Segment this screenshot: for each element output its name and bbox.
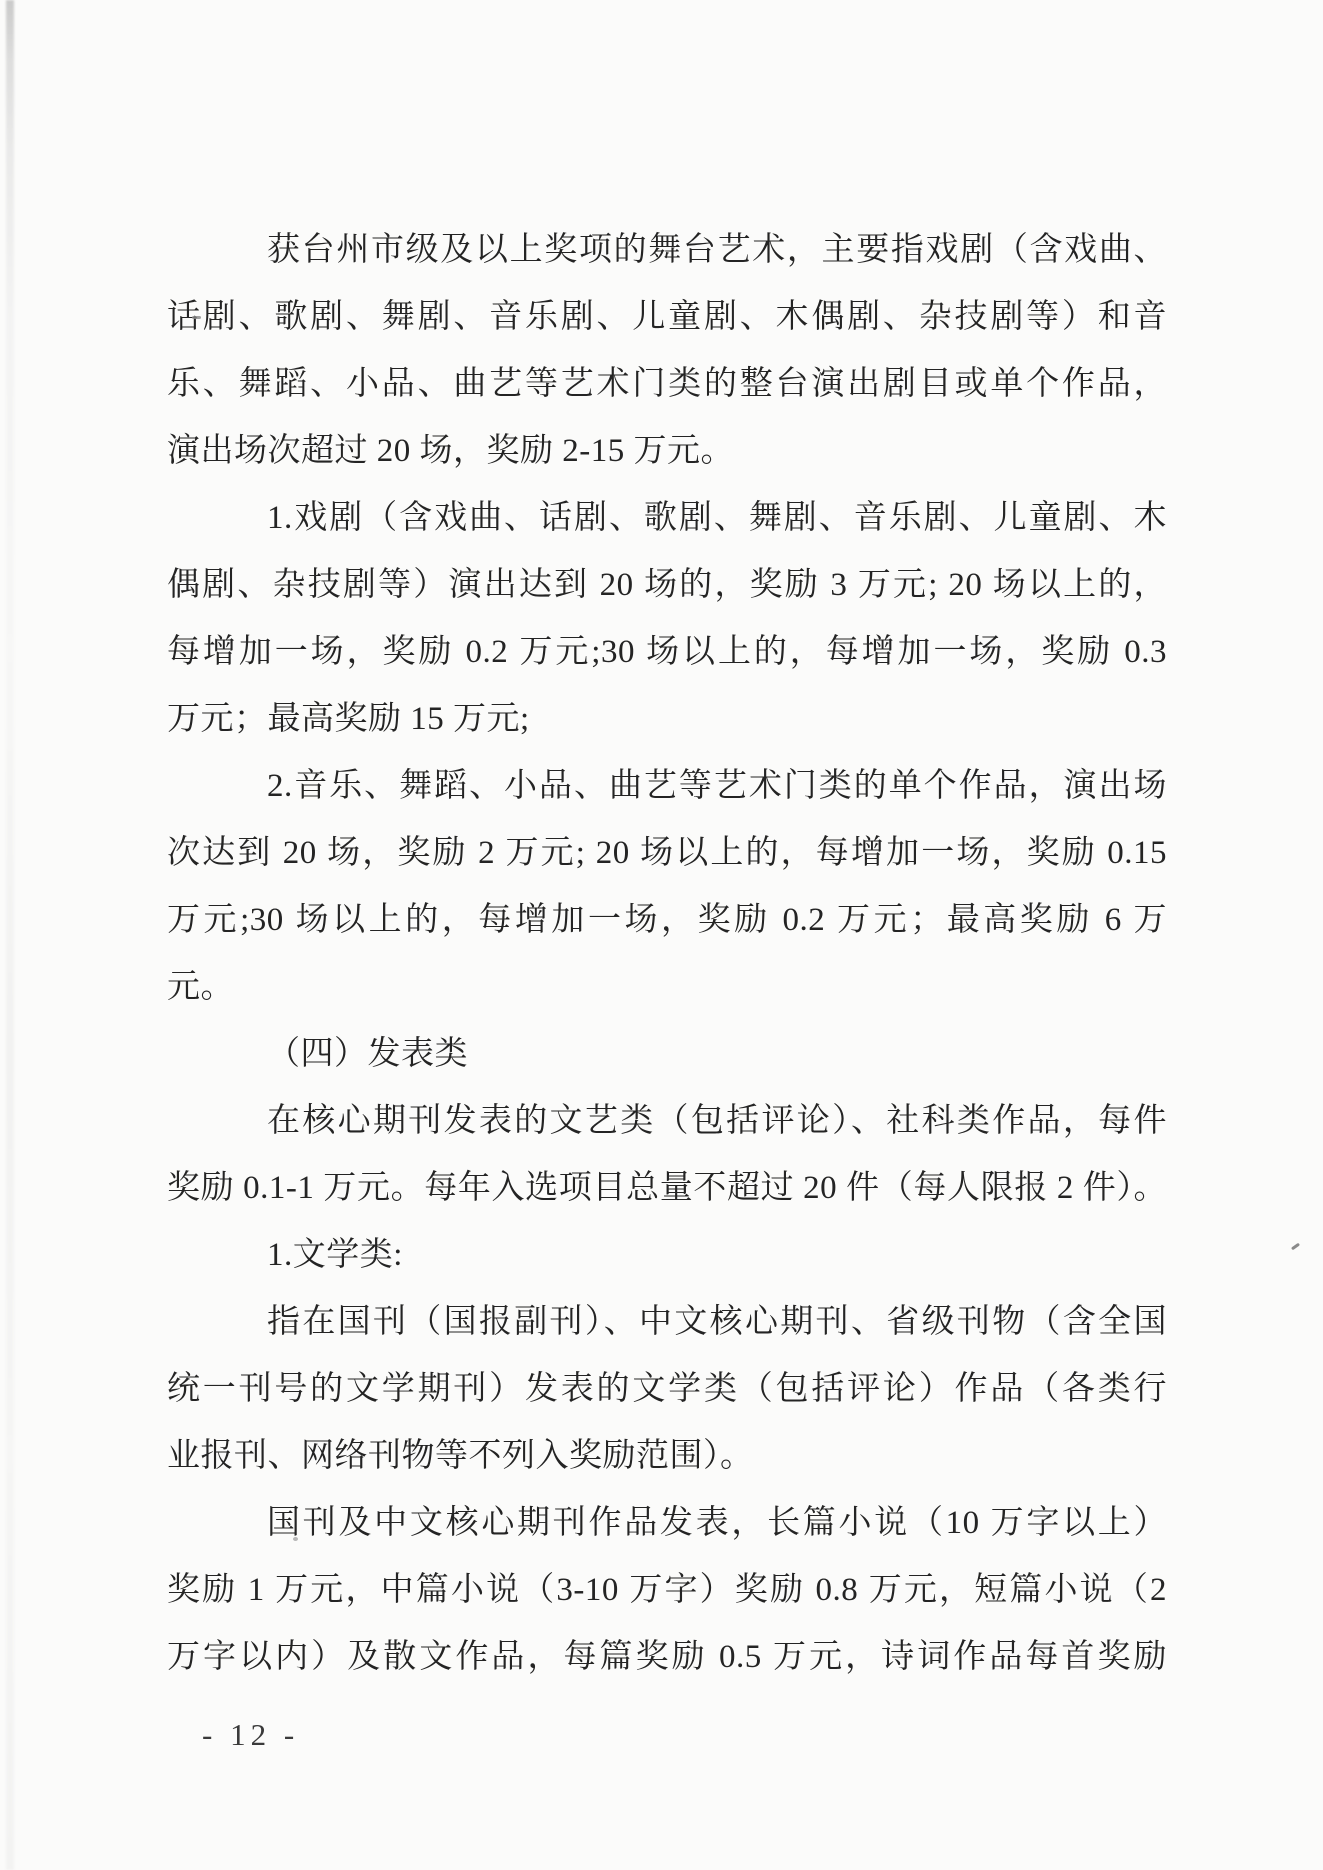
text-line: 获台州市级及以上奖项的舞台艺术，主要指戏剧（含戏曲、 [167, 217, 1167, 284]
page-number: - 12 - [202, 1714, 299, 1756]
scan-speck [1291, 1243, 1300, 1251]
text-line: 演出场次超过 20 场，奖励 2-15 万元。 [167, 418, 1167, 485]
text-line: 1.文学类: [167, 1222, 1167, 1289]
text-line: 元。 [167, 954, 1167, 1021]
text-line: 1.戏剧（含戏曲、话剧、歌剧、舞剧、音乐剧、儿童剧、木 [167, 485, 1167, 552]
text-line: 统一刊号的文学期刊）发表的文学类（包括评论）作品（各类行 [167, 1356, 1167, 1423]
text-line: 偶剧、杂技剧等）演出达到 20 场的，奖励 3 万元; 20 场以上的， [167, 552, 1167, 619]
text-line: 次达到 20 场，奖励 2 万元; 20 场以上的，每增加一场，奖励 0.15 [167, 820, 1167, 887]
text-line: 指在国刊（国报副刊）、中文核心期刊、省级刊物（含全国 [167, 1289, 1167, 1356]
scan-speck [192, 316, 201, 319]
text-line: 万字以内）及散文作品，每篇奖励 0.5 万元，诗词作品每首奖励 [167, 1624, 1167, 1691]
text-line: 在核心期刊发表的文艺类（包括评论）、社科类作品，每件 [167, 1088, 1167, 1155]
text-line: 万元；最高奖励 15 万元; [167, 686, 1167, 753]
text-line: 话剧、歌剧、舞剧、音乐剧、儿童剧、木偶剧、杂技剧等）和音 [167, 284, 1167, 351]
scan-speck [293, 1537, 298, 1541]
text-line: 2.音乐、舞蹈、小品、曲艺等艺术门类的单个作品，演出场 [167, 753, 1167, 820]
text-line: 万元;30 场以上的，每增加一场，奖励 0.2 万元；最高奖励 6 万 [167, 887, 1167, 954]
text-line: 业报刊、网络刊物等不列入奖励范围）。 [167, 1423, 1167, 1490]
document-page: 获台州市级及以上奖项的舞台艺术，主要指戏剧（含戏曲、话剧、歌剧、舞剧、音乐剧、儿… [0, 0, 1323, 1870]
text-line: 奖励 0.1-1 万元。每年入选项目总量不超过 20 件（每人限报 2 件）。 [167, 1155, 1167, 1222]
scan-edge-artifact [6, 0, 14, 1870]
text-line: 国刊及中文核心期刊作品发表，长篇小说（10 万字以上） [167, 1490, 1167, 1557]
text-line: 奖励 1 万元，中篇小说（3-10 万字）奖励 0.8 万元，短篇小说（2 [167, 1557, 1167, 1624]
text-line: 每增加一场，奖励 0.2 万元;30 场以上的，每增加一场，奖励 0.3 [167, 619, 1167, 686]
text-line: 乐、舞蹈、小品、曲艺等艺术门类的整台演出剧目或单个作品， [167, 351, 1167, 418]
text-line: （四）发表类 [167, 1021, 1167, 1088]
text-block: 获台州市级及以上奖项的舞台艺术，主要指戏剧（含戏曲、话剧、歌剧、舞剧、音乐剧、儿… [167, 217, 1167, 1691]
